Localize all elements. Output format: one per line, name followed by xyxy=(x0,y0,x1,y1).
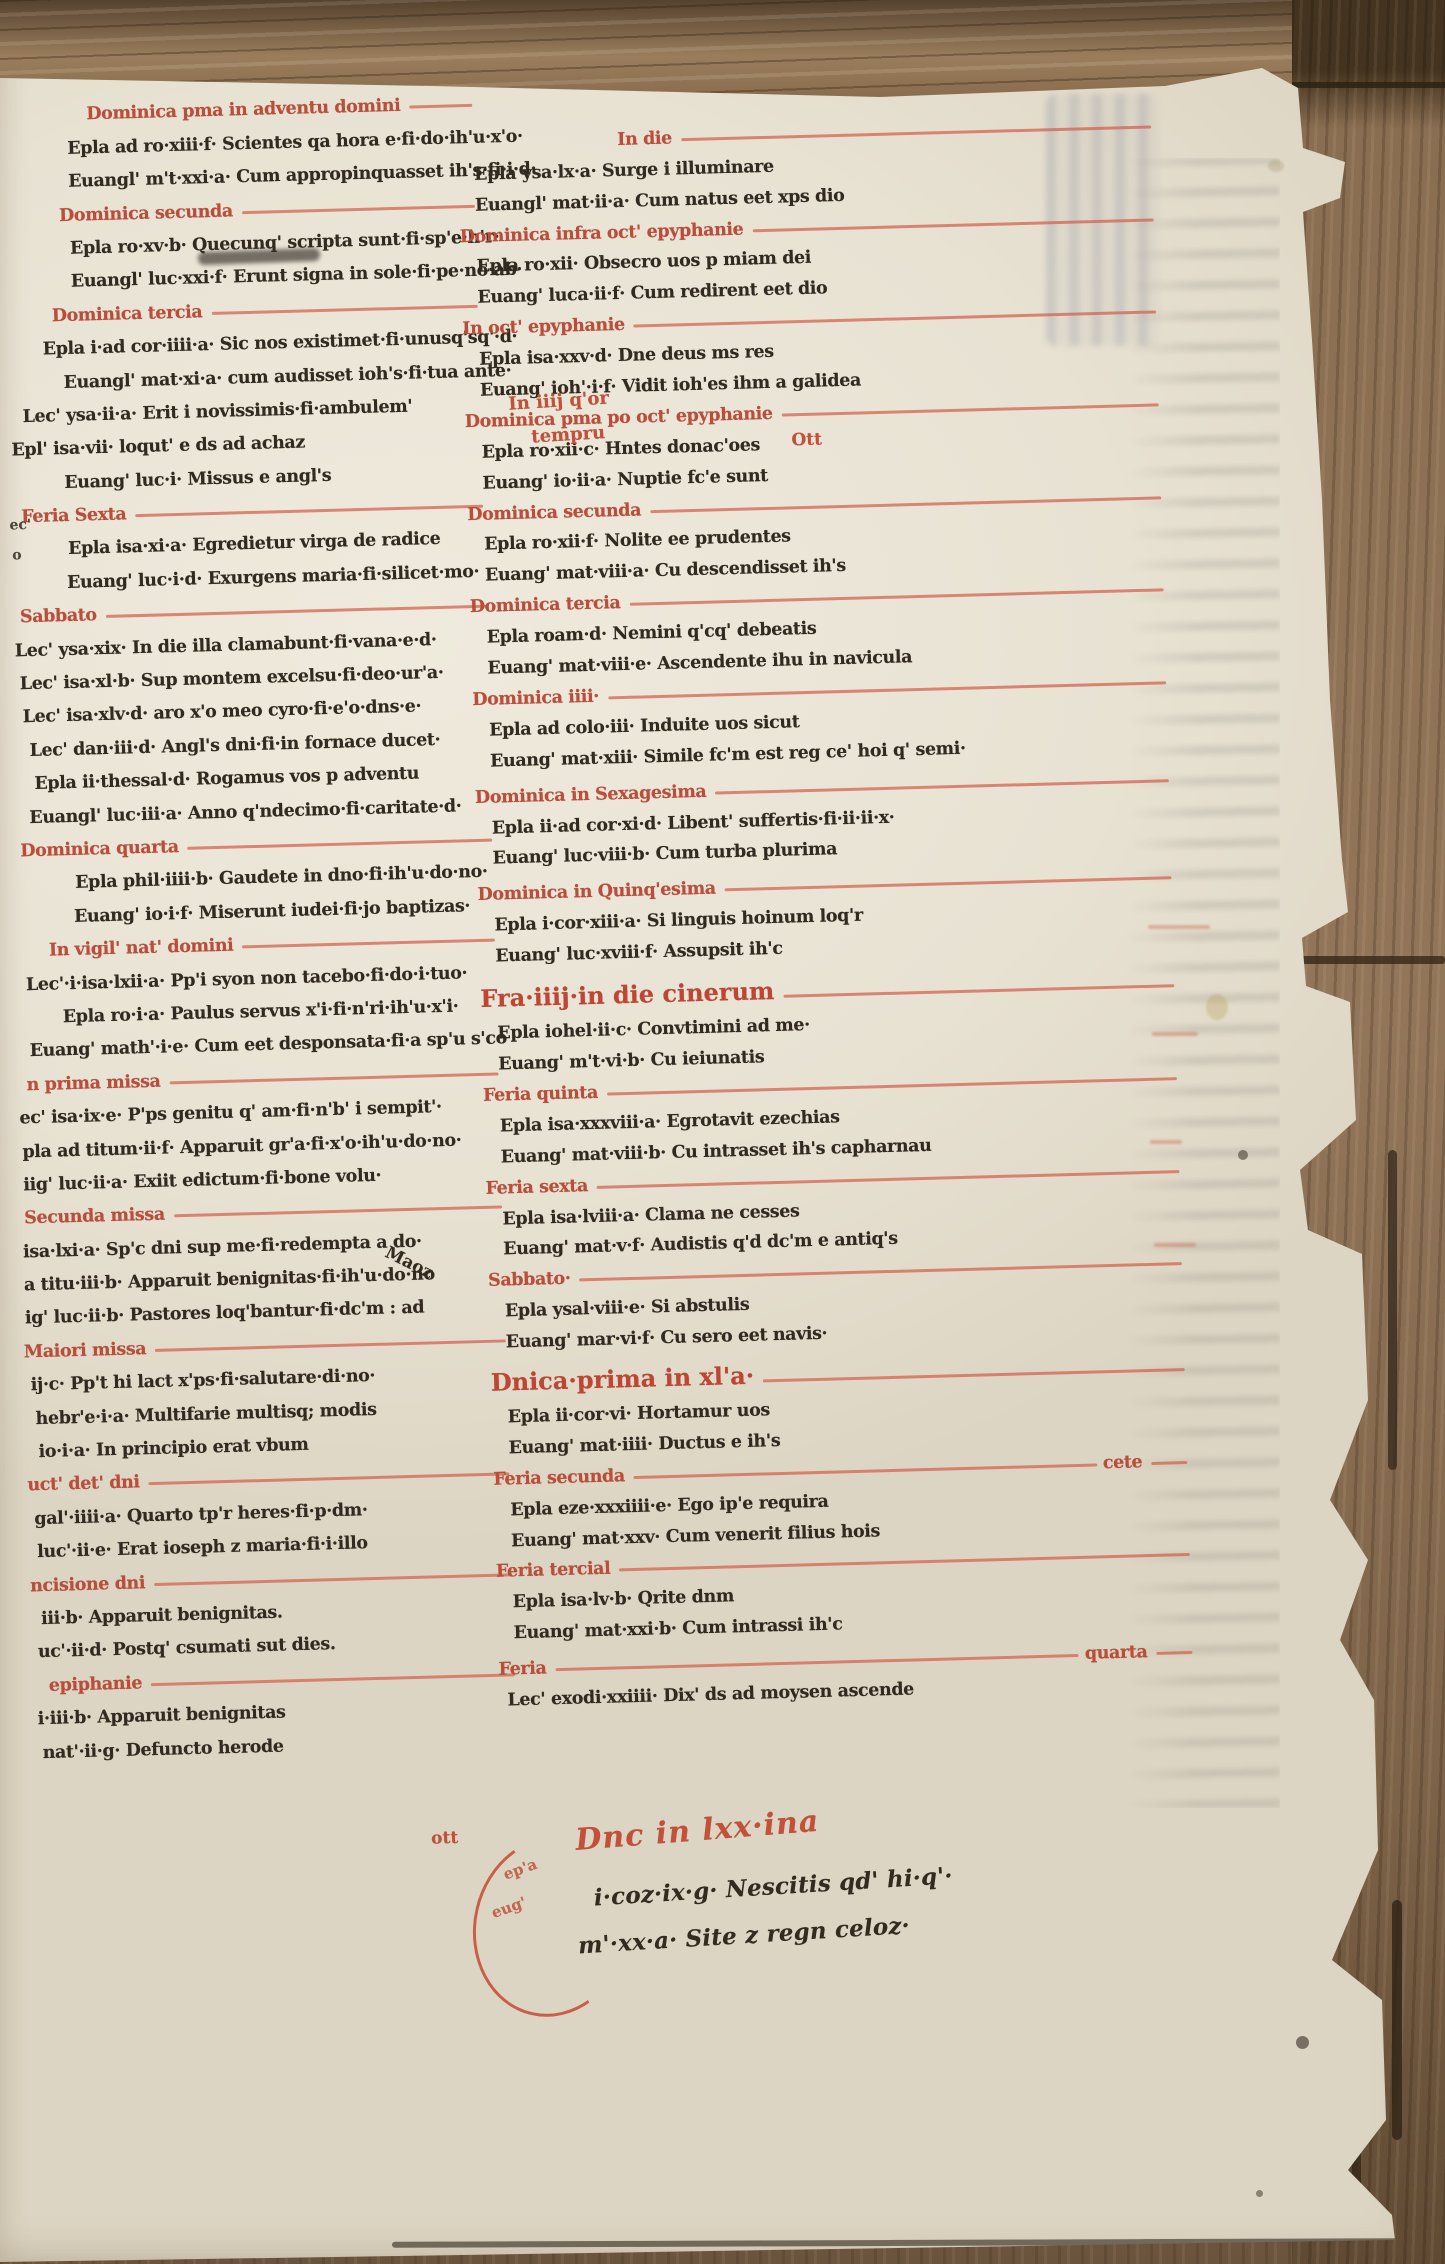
rubric-underline xyxy=(1151,1461,1187,1465)
rubric-underline xyxy=(242,939,495,949)
margin-fragment: o xyxy=(12,547,22,563)
rubric-underline xyxy=(174,1206,502,1218)
folio-text-block: Dominica pma in adventu dominiEpla ad ro… xyxy=(0,0,1445,2264)
rubric-underline xyxy=(242,204,475,213)
marginal-red-note: Ott xyxy=(791,430,822,451)
plank-seam xyxy=(1296,956,1445,964)
addendum-line: i·coz·ix·g· Nescitis qd' hi·q'· xyxy=(593,1862,953,1911)
rubric-underline xyxy=(1156,1651,1192,1655)
margin-fragment: ec' xyxy=(9,517,31,534)
edge-shadow xyxy=(1392,1900,1402,2140)
marginal-red-note: ott xyxy=(431,1828,459,1849)
right-column: In dieEpla ysa·lx·a· Surge i illuminareE… xyxy=(457,104,1200,1710)
rubric-underline xyxy=(188,839,493,850)
rubric-underline xyxy=(169,1072,498,1084)
plank-seam xyxy=(1292,82,1445,88)
addendum-heading: Dnc in lxx·ina xyxy=(574,1804,820,1858)
edge-shadow xyxy=(1388,1150,1397,1470)
rubric-underline xyxy=(409,104,472,109)
manuscript-photo: Dominica pma in adventu dominiEpla ad ro… xyxy=(0,0,1445,2264)
parchment-leaf: Dominica pma in adventu dominiEpla ad ro… xyxy=(0,0,1445,2264)
rubric-underline xyxy=(211,305,477,315)
left-column: Dominica pma in adventu dominiEpla ad ro… xyxy=(46,81,523,1762)
